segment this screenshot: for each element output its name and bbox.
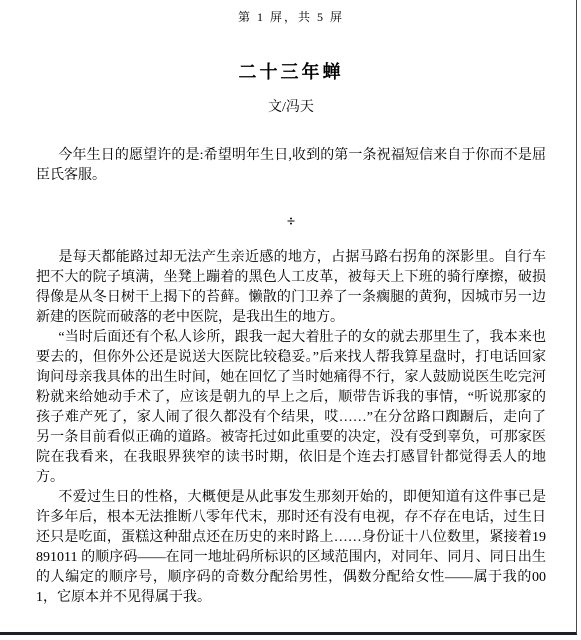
section-divider: ÷ — [36, 212, 546, 232]
paragraph-hospital: 是每天都能路过却无法产生亲近感的地方，占据马路右拐角的深影里。自行车把不大的院子… — [36, 248, 546, 328]
paragraph-birth-story: “当时后面还有个私人诊所，跟我一起大着肚子的女的就去那里生了，我本来也要去的，但… — [36, 328, 546, 488]
article-byline: 文/冯天 — [36, 96, 546, 116]
paragraph-birthday-id: 不爱过生日的性格，大概便是从此事发生那刻开始的，即便知道有这件事已是许多年后，根… — [36, 488, 546, 608]
page-indicator: 第 1 屏，共 5 屏 — [36, 8, 546, 25]
reader-page: 第 1 屏，共 5 屏 二十三年蝉 文/冯天 今年生日的愿望许的是:希望明年生日… — [0, 0, 577, 635]
article-title: 二十三年蝉 — [36, 58, 546, 84]
paragraph-wish: 今年生日的愿望许的是:希望明年生日,收到的第一条祝福短信来自于你而不是屈臣氏客服… — [36, 146, 546, 186]
